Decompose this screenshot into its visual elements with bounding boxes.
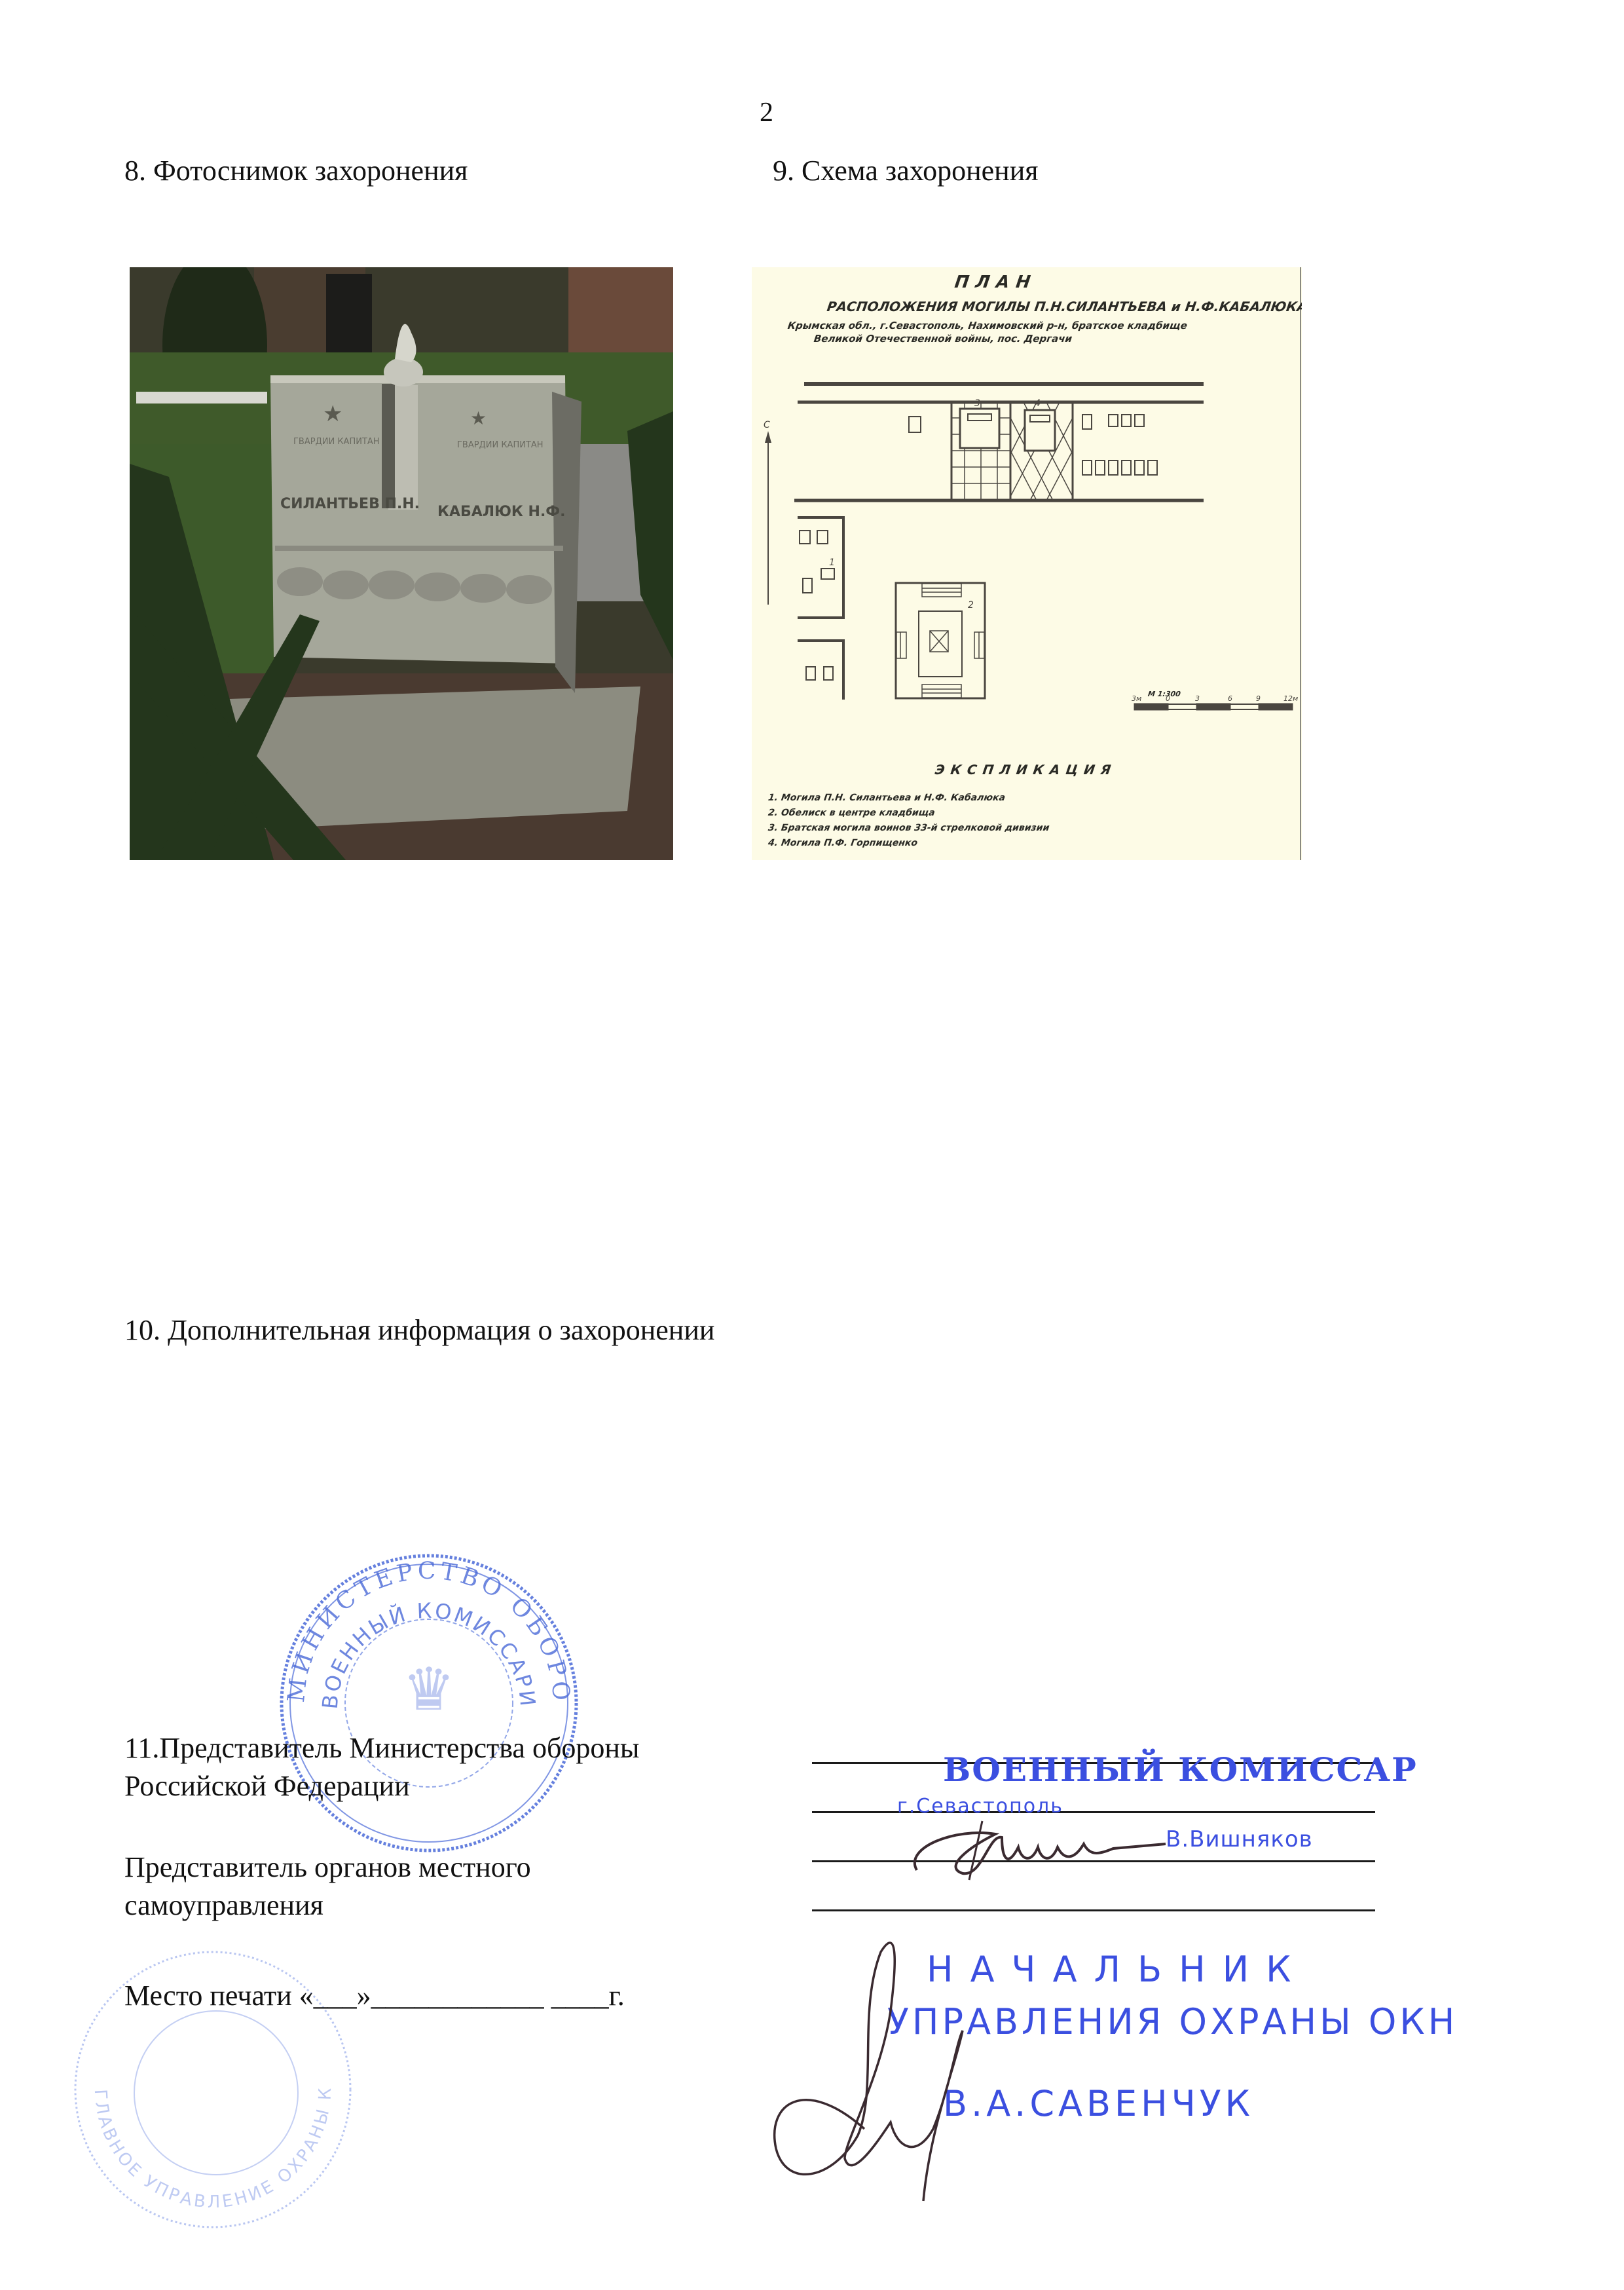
page-number: 2 — [760, 97, 773, 128]
north-label: С — [764, 420, 770, 430]
scheme-heading: 9. Схема захоронения — [773, 154, 1039, 187]
plan-marker-2: 2 — [968, 600, 974, 610]
additional-info-heading: 10. Дополнительная информация о захороне… — [124, 1313, 714, 1347]
scale-tick: 9 — [1256, 694, 1261, 703]
commissar-signature — [904, 1808, 1179, 1886]
mod-label-line2: Российской Федерации — [124, 1767, 639, 1805]
scheme-scale: М 1:300 — [1147, 690, 1181, 698]
scheme-legend-title: ЭКСПЛИКАЦИЯ — [934, 762, 1118, 778]
signature-line — [812, 1909, 1375, 1911]
svg-text:ГВАРДИИ КАПИТАН: ГВАРДИИ КАПИТАН — [293, 437, 380, 447]
scale-tick: 3м — [1132, 694, 1141, 703]
local-label-line1: Представитель органов местного — [124, 1849, 531, 1886]
seal-place-label: Место печати «___»____________ ____г. — [124, 1977, 625, 2015]
okn-head-signature — [766, 1932, 1041, 2207]
grave-photo: ★ ★ ГВАРДИИ КАПИТАН ГВАРДИИ КАПИТАН СИЛА… — [130, 267, 673, 860]
scale-tick: 3 — [1195, 694, 1200, 703]
scale-tick: 12м — [1283, 694, 1298, 703]
ministry-round-seal: МИНИСТЕРСТВО ОБОРОНЫ РОССИЙСКОЙ ФЕДЕРАЦИ… — [268, 1546, 589, 1854]
scale-tick: 6 — [1228, 694, 1232, 703]
scheme-address-line1: Крымская обл., г.Севастополь, Нахимовски… — [787, 320, 1188, 331]
scheme-legend-item: 3. Братская могила воинов 33-й стрелково… — [767, 823, 1050, 833]
svg-text:♛: ♛ — [403, 1655, 456, 1724]
photo-inscription-left: СИЛАНТЬЕВ П.Н. — [280, 496, 420, 512]
grave-photo-illustration: ★ ★ ГВАРДИИ КАПИТАН ГВАРДИИ КАПИТАН СИЛА… — [130, 267, 673, 860]
burial-scheme: С 1 2 3 4 3м 0 3 6 9 12м ПЛАН РАСПОЛОЖЕН… — [752, 267, 1302, 860]
scheme-legend-item: 2. Обелиск в центре кладбища — [767, 808, 936, 818]
mod-representative-label: 11.Представитель Министерства обороны Ро… — [124, 1729, 639, 1805]
scheme-address-line2: Великой Отечественной войны, пос. Дергач… — [813, 333, 1073, 345]
plan-marker-1: 1 — [829, 557, 835, 568]
svg-text:★: ★ — [470, 407, 487, 429]
scheme-legend-item: 1. Могила П.Н. Силантьева и Н.Ф. Кабалюк… — [767, 793, 1006, 803]
scheme-title: ПЛАН — [953, 272, 1038, 292]
scheme-subtitle: РАСПОЛОЖЕНИЯ МОГИЛЫ П.Н.СИЛАНТЬЕВА и Н.Ф… — [826, 299, 1302, 314]
military-commissar-stamp-name: В.Вишняков — [1166, 1826, 1313, 1852]
local-representative-label: Представитель органов местного самоуправ… — [124, 1849, 531, 1924]
plan-marker-4: 4 — [1035, 398, 1041, 409]
plan-marker-3: 3 — [974, 398, 980, 409]
photo-heading: 8. Фотоснимок захоронения — [124, 154, 468, 187]
local-label-line2: самоуправления — [124, 1886, 531, 1924]
scheme-legend-item: 4. Могила П.Ф. Горпищенко — [767, 838, 918, 848]
svg-text:ГВАРДИИ КАПИТАН: ГВАРДИИ КАПИТАН — [457, 440, 544, 450]
military-commissar-stamp-title: ВОЕННЫЙ КОМИССАР — [943, 1750, 1418, 1789]
photo-inscription-right: КАБАЛЮК Н.Ф. — [437, 504, 566, 520]
mod-label-line1: 11.Представитель Министерства обороны — [124, 1729, 639, 1767]
svg-text:★: ★ — [323, 401, 342, 427]
